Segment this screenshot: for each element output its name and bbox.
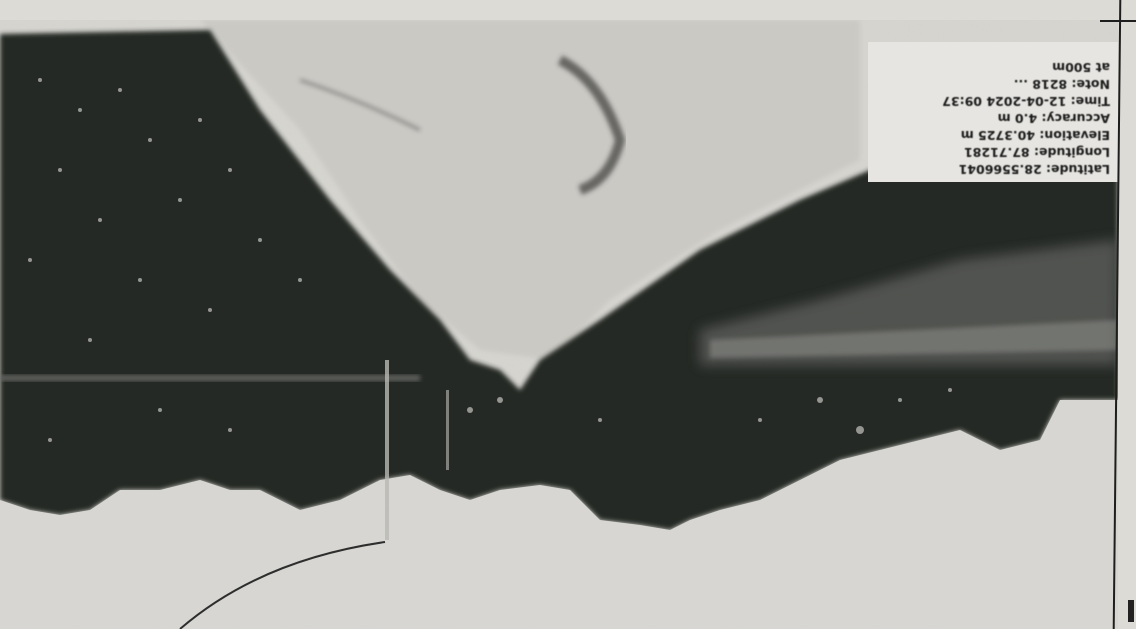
gps-stamp: Latitude: 28.5566041 Longitude: 87.71281… [868,42,1118,182]
gps-stamp-text: Latitude: 28.5566041 Longitude: 87.71281… [868,42,1118,182]
gps-longitude: Longitude: 87.71281 [876,144,1110,161]
gps-note: Note: 8218 ... [876,76,1110,93]
printed-photograph: Latitude: 28.5566041 Longitude: 87.71281… [0,20,1118,629]
gps-elevation: Elevation: 40.3725 m [876,127,1110,144]
gps-accuracy: Accuracy: 4.0 m [876,110,1110,127]
page-border-line-top [1100,20,1136,22]
gps-time: Time: 12-04-2024 09:37 [876,93,1110,110]
gps-note-continued: at 500m [876,59,1110,76]
gps-latitude: Latitude: 28.5566041 [876,161,1110,178]
corner-mark [1128,600,1134,622]
